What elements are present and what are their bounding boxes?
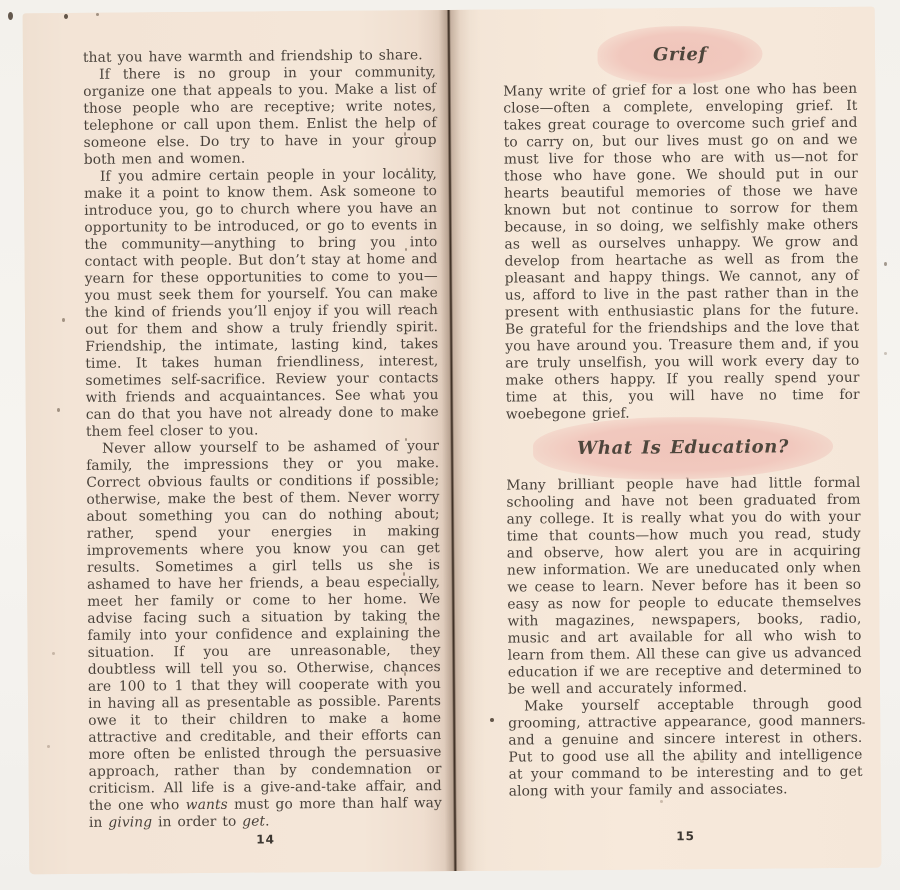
section-heading-education-label: What Is Education? [577,436,789,459]
paragraph: If there is no group in your community, … [83,64,437,169]
scan-speck [8,12,13,20]
paragraph: Many brilliant people have had little fo… [506,475,862,699]
paragraph: Never allow yourself to be ashamed of yo… [86,438,442,832]
page-left: that you have warmth and friendship to s… [23,10,456,874]
paragraph: Many write of grief for a lost one who h… [503,81,860,424]
paragraph-segment: . [265,813,270,829]
book-spread: that you have warmth and friendship to s… [23,7,882,875]
page-number-right: 15 [509,828,862,845]
italic-word-get: get [242,813,265,829]
page-number-left: 14 [89,831,442,848]
page-right: Grief Many write of grief for a lost one… [449,7,882,871]
scanned-book-spread: { "colors": { "page_cream": "#f3e4d6", "… [0,0,900,890]
page-right-text-column: Grief Many write of grief for a lost one… [503,37,863,801]
section-heading-grief-row: Grief [503,43,857,67]
paragraph: Make yourself acceptable through good gr… [508,696,863,801]
section-heading-education-row: What Is Education? [506,436,860,460]
paragraph-segment: Never allow yourself to be ashamed of yo… [86,438,442,814]
section-heading-grief-label: Grief [653,44,707,65]
section-heading-education: What Is Education? [577,436,789,459]
section-heading-grief: Grief [653,44,707,65]
italic-word-wants: wants [186,797,228,813]
scan-speck [884,352,887,355]
scan-speck [884,262,887,266]
page-left-text-column: that you have warmth and friendship to s… [83,47,442,832]
italic-word-giving: giving [108,814,152,830]
paragraph-segment: in order to [152,814,242,831]
paragraph: If you admire certain people in your loc… [84,166,439,441]
